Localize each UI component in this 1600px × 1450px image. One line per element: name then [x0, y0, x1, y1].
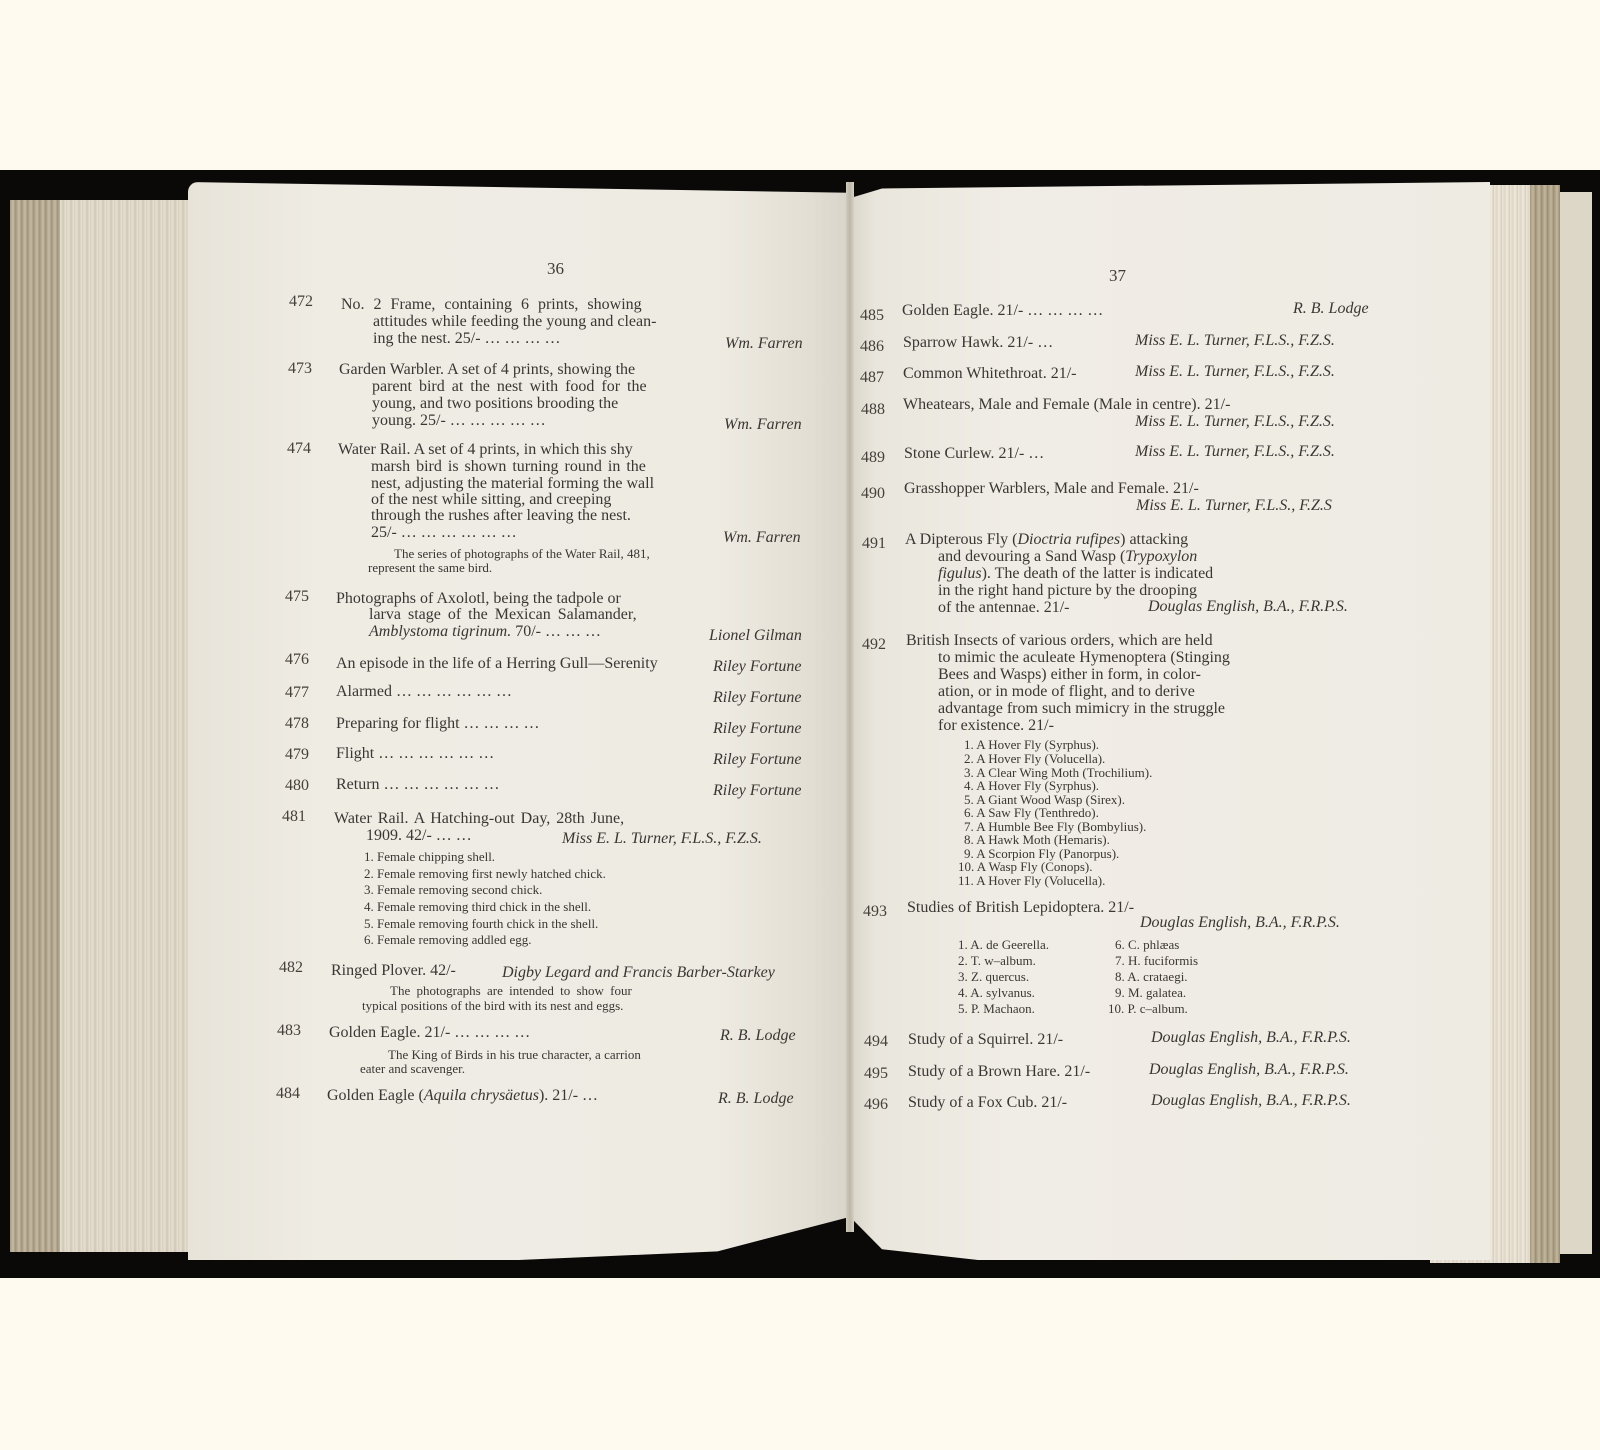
sub-item: 6. C. phlæas	[1115, 937, 1179, 953]
entry-note: The series of photographs of the Water R…	[394, 546, 650, 561]
entry-text: An episode in the life of a Herring Gull…	[336, 655, 658, 672]
entry-author: R. B. Lodge	[1293, 300, 1369, 317]
entry-author: Douglas English, B.A., F.R.P.S.	[1151, 1029, 1351, 1046]
species-name: Trypoxylon	[1125, 548, 1197, 565]
sub-item: 6. Female removing addled egg.	[364, 932, 532, 948]
entry-text: Golden Eagle. 21/- … … … …	[902, 302, 1103, 319]
entry-text: Garden Warbler. A set of 4 prints, showi…	[339, 361, 635, 378]
entry-number: 494	[864, 1033, 888, 1050]
entry-text: Water Rail. A set of 4 prints, in which …	[338, 441, 633, 458]
entry-author: Riley Fortune	[713, 751, 801, 768]
entry-author: Riley Fortune	[713, 689, 801, 706]
sub-item: 11. A Hover Fly (Volucella).	[958, 873, 1105, 889]
entry-number: 487	[860, 369, 884, 386]
right-cover-edge	[1530, 185, 1560, 1263]
entry-author: Digby Legard and Francis Barber-Starkey	[502, 964, 775, 981]
entry-text: in the right hand picture by the droopin…	[938, 582, 1197, 599]
entry-text: nest, adjusting the material forming the…	[371, 475, 654, 492]
entry-author: Miss E. L. Turner, F.L.S., F.Z.S.	[1135, 332, 1335, 349]
entry-number: 479	[285, 746, 309, 763]
entry-text: through the rushes after leaving the nes…	[371, 507, 631, 524]
entry-text: Studies of British Lepidoptera. 21/-	[907, 899, 1134, 916]
entry-text: A Dipterous Fly (Dioctria rufipes) attac…	[905, 531, 1188, 548]
entry-text: marsh bird is shown turning round in the	[371, 458, 646, 475]
entry-number: 495	[864, 1065, 888, 1082]
sub-item: 10. P. c–album.	[1108, 1001, 1188, 1017]
title-text: Golden Eagle (	[327, 1087, 424, 1104]
species-name: Amblystoma tigrinum.	[369, 623, 511, 640]
entry-text: Preparing for flight … … … …	[336, 715, 540, 732]
entry-number: 489	[861, 449, 885, 466]
entry-number: 472	[289, 293, 313, 310]
sub-item: 4. Female removing third chick in the sh…	[364, 899, 591, 915]
entry-number: 493	[863, 903, 887, 920]
entry-author: Riley Fortune	[713, 782, 801, 799]
species-name: figulus	[938, 565, 982, 582]
sub-item: 2. T. w–album.	[958, 953, 1036, 969]
entry-text: Common Whitethroat. 21/-	[903, 365, 1076, 382]
entry-text: larva stage of the Mexican Salamander,	[369, 606, 637, 623]
entry-text: Flight … … … … … …	[336, 745, 494, 762]
entry-text: Bees and Wasps) either in form, in color…	[938, 666, 1201, 683]
left-page-edges	[10, 200, 200, 1252]
entry-author: Miss E. L. Turner, F.L.S., F.Z.S	[1136, 497, 1332, 514]
entry-text: Return … … … … … …	[336, 776, 500, 793]
entry-text: and devouring a Sand Wasp (Trypoxylon	[938, 548, 1197, 565]
sub-item: 4. A. sylvanus.	[958, 985, 1035, 1001]
entry-number: 483	[277, 1022, 301, 1039]
entry-number: 473	[288, 360, 312, 377]
entry-text: ation, or in mode of flight, and to deri…	[938, 683, 1195, 700]
entry-number: 481	[282, 808, 306, 825]
entry-number: 477	[285, 684, 309, 701]
price-text: ). 21/- …	[539, 1087, 598, 1104]
entry-note: The King of Birds in his true character,…	[388, 1047, 641, 1062]
entry-number: 475	[285, 588, 309, 605]
entry-number: 484	[276, 1085, 300, 1102]
entry-text: for existence. 21/-	[938, 717, 1054, 734]
entry-author: Riley Fortune	[713, 658, 801, 675]
sub-item: 3. Z. quercus.	[958, 969, 1029, 985]
entry-text: Study of a Fox Cub. 21/-	[908, 1094, 1067, 1111]
page-number-right: 37	[1109, 266, 1126, 286]
entry-text: young, and two positions brooding the	[372, 395, 618, 412]
entry-number: 486	[860, 338, 884, 355]
entry-number: 480	[285, 777, 309, 794]
entry-note: represent the same bird.	[368, 560, 492, 575]
entry-text: Ringed Plover. 42/-	[331, 962, 456, 979]
entry-author: Wm. Farren	[723, 529, 801, 546]
sub-item: 9. M. galatea.	[1115, 985, 1186, 1001]
entry-text: attitudes while feeding the young and cl…	[373, 313, 656, 330]
sub-item: 3. Female removing second chick.	[364, 882, 542, 898]
entry-author: Wm. Farren	[724, 416, 802, 433]
entry-text: Photographs of Axolotl, being the tadpol…	[336, 590, 621, 607]
entry-text: Stone Curlew. 21/- …	[904, 445, 1044, 462]
entry-text: ing the nest. 25/- … … … …	[373, 330, 561, 347]
entry-number: 492	[862, 636, 886, 653]
entry-number: 474	[287, 440, 311, 457]
entry-text: 1909. 42/- … …	[366, 827, 472, 844]
entry-note: The photographs are intended to show fou…	[390, 983, 632, 998]
sub-item: 2. Female removing first newly hatched c…	[364, 866, 606, 882]
entry-text: young. 25/- … … … … …	[372, 412, 546, 429]
entry-author: Douglas English, B.A., F.R.P.S.	[1151, 1092, 1351, 1109]
entry-author: Miss E. L. Turner, F.L.S., F.Z.S.	[1135, 363, 1335, 380]
entry-note: typical positions of the bird with its n…	[362, 998, 623, 1013]
species-name: Aquila chrysäetus	[424, 1087, 539, 1104]
entry-author: Riley Fortune	[713, 720, 801, 737]
entry-text: figulus). The death of the latter is ind…	[938, 565, 1213, 582]
entry-author: Miss E. L. Turner, F.L.S., F.Z.S.	[1135, 443, 1335, 460]
sub-item: 1. Female chipping shell.	[364, 849, 495, 865]
sub-item: 5. Female removing fourth chick in the s…	[364, 916, 598, 932]
text-part: A Dipterous Fly (	[905, 531, 1017, 548]
entry-note: eater and scavenger.	[360, 1061, 465, 1076]
left-cover-edge	[10, 200, 60, 1252]
entry-author: Miss E. L. Turner, F.L.S., F.Z.S.	[562, 830, 762, 847]
entry-text: Golden Eagle. 21/- … … … …	[329, 1024, 530, 1041]
entry-text: British Insects of various orders, which…	[906, 632, 1213, 649]
sub-item: 5. P. Machaon.	[958, 1001, 1035, 1017]
entry-text: Golden Eagle (Aquila chrysäetus). 21/- …	[327, 1087, 598, 1104]
entry-text: of the antennae. 21/-	[938, 599, 1070, 616]
entry-author: Lionel Gilman	[709, 627, 802, 644]
entry-text: Amblystoma tigrinum. 70/- … … …	[369, 623, 601, 640]
page-number-left: 36	[547, 259, 564, 279]
entry-text: parent bird at the nest with food for th…	[372, 378, 647, 395]
entry-text: Wheatears, Male and Female (Male in cent…	[903, 396, 1230, 413]
book-gutter	[846, 182, 854, 1232]
entry-number: 476	[285, 651, 309, 668]
entry-author: Wm. Farren	[725, 335, 803, 352]
entry-number: 478	[285, 715, 309, 732]
entry-text: Alarmed … … … … … …	[336, 683, 512, 700]
entry-text: Study of a Squirrel. 21/-	[908, 1031, 1063, 1048]
text-part: ) attacking	[1120, 531, 1188, 548]
entry-text: 25/- … … … … … …	[371, 524, 517, 541]
entry-text: Sparrow Hawk. 21/- …	[903, 334, 1053, 351]
sub-item: 7. H. fuciformis	[1115, 953, 1198, 969]
entry-text: No. 2 Frame, containing 6 prints, showin…	[341, 296, 642, 313]
right-cover-board	[1560, 192, 1592, 1254]
entry-author: Douglas English, B.A., F.R.P.S.	[1140, 914, 1340, 931]
entry-number: 496	[864, 1096, 888, 1113]
entry-author: Douglas English, B.A., F.R.P.S.	[1149, 1061, 1349, 1078]
entry-text: advantage from such mimicry in the strug…	[938, 700, 1225, 717]
entry-text: to mimic the aculeate Hymenoptera (Sting…	[938, 649, 1230, 666]
entry-author: Miss E. L. Turner, F.L.S., F.Z.S.	[1135, 413, 1335, 430]
entry-number: 490	[861, 485, 885, 502]
entry-text: Water Rail. A Hatching-out Day, 28th Jun…	[334, 810, 624, 827]
entry-number: 485	[860, 307, 884, 324]
text-part: ). The death of the latter is indicated	[982, 565, 1214, 582]
entry-author: R. B. Lodge	[718, 1090, 794, 1107]
entry-number: 488	[861, 401, 885, 418]
price-text: 70/- … … …	[511, 623, 601, 640]
entry-text: of the nest while sitting, and creeping	[371, 491, 611, 508]
entry-number: 482	[279, 959, 303, 976]
sub-item: 1. A. de Geerella.	[958, 937, 1049, 953]
species-name: Dioctria rufipes	[1017, 531, 1120, 548]
entry-author: Douglas English, B.A., F.R.P.S.	[1148, 598, 1348, 615]
entry-author: R. B. Lodge	[720, 1027, 796, 1044]
entry-text: Grasshopper Warblers, Male and Female. 2…	[904, 480, 1199, 497]
text-part: and devouring a Sand Wasp (	[938, 548, 1125, 565]
entry-text: Study of a Brown Hare. 21/-	[908, 1063, 1090, 1080]
sub-item: 8. A. crataegi.	[1115, 969, 1188, 985]
entry-number: 491	[862, 535, 886, 552]
